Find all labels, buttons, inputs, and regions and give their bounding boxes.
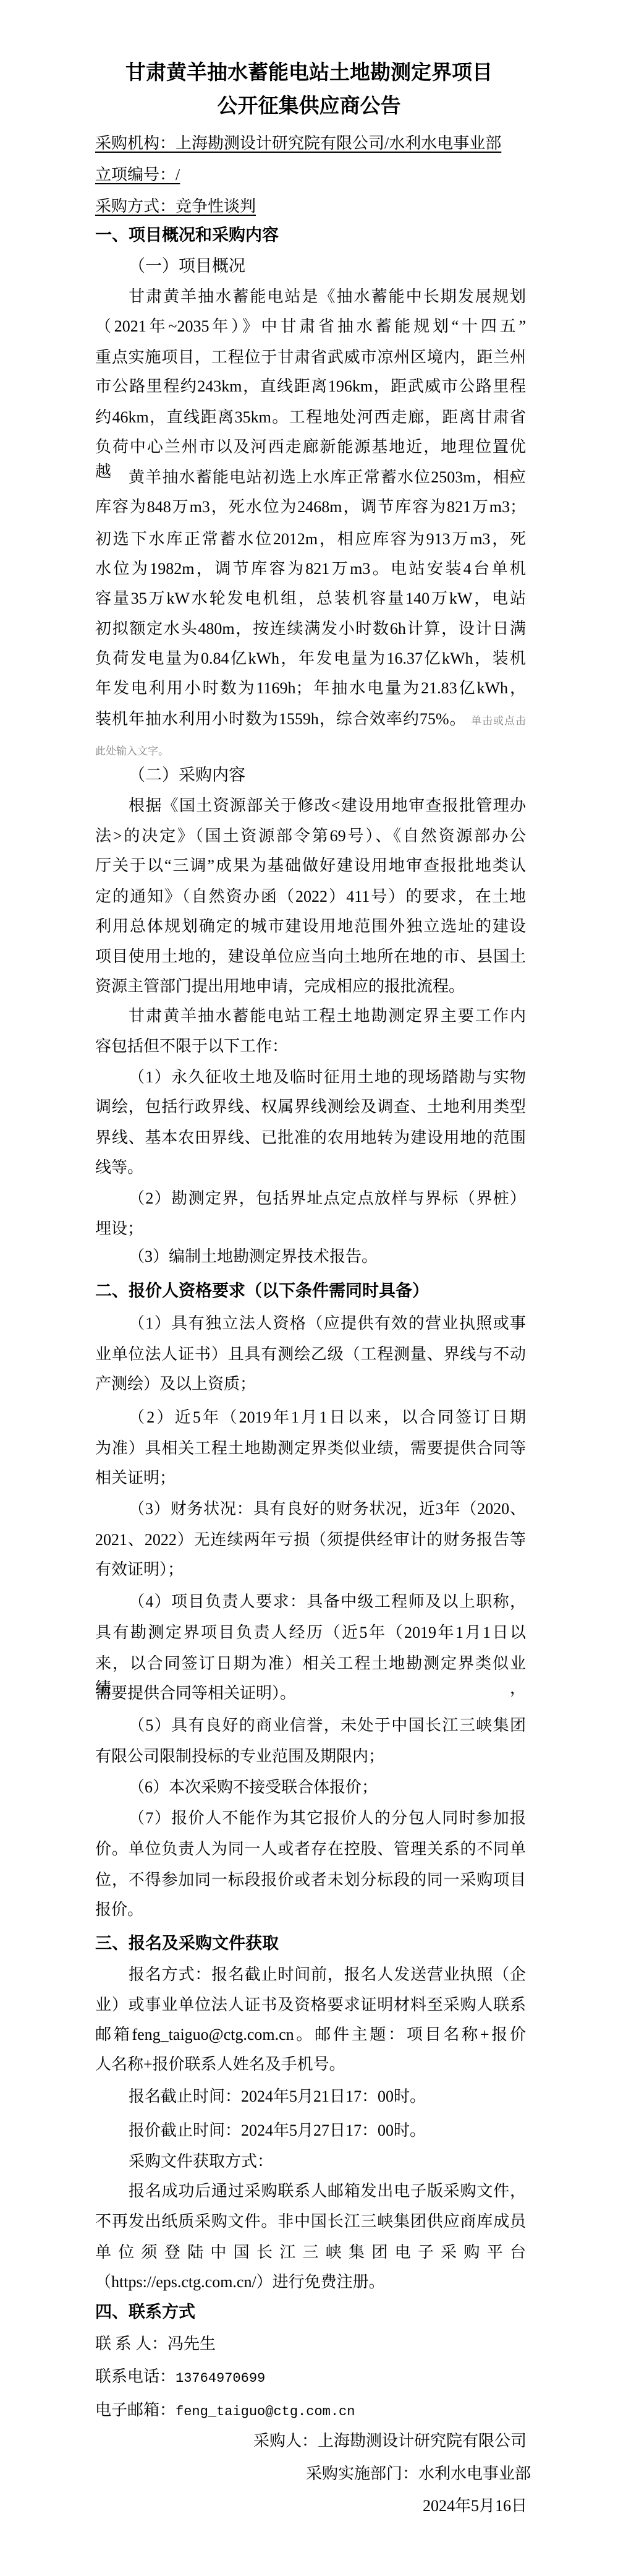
paragraph-line: 2021、2022）无连续两年亏损（须提供经审计的财务报告等: [95, 1528, 526, 1552]
paragraph-line: 装机年抽水利用小时数为1559h，综合效率约75%。 单击或点击: [95, 707, 526, 732]
project-number-value: /: [176, 166, 180, 184]
paragraph-line: 负荷中心兰州市以及河西走廊新能源基地近，地理位置优越。: [95, 435, 526, 460]
paragraph-line: （5）具有良好的商业信誉，未处于中国长江三峡集团: [129, 1713, 526, 1738]
paragraph-line: 约46km，直线距离35km。工程地处河西走廊，距离甘肃省: [95, 405, 526, 430]
paragraph-line: 甘肃黄羊抽水蓄能电站工程土地勘测定界主要工作内: [129, 1004, 526, 1029]
paragraph-line: （1）永久征收土地及临时征用土地的现场踏勘与实物: [129, 1065, 526, 1090]
paragraph-line: （3）编制土地勘测定界技术报告。: [129, 1244, 378, 1269]
paragraph-line: 甘肃黄羊抽水蓄能电站是《抽水蓄能中长期发展规划: [129, 285, 526, 309]
contact-email-label: 电子邮箱：: [95, 2401, 176, 2419]
placeholder-text-field[interactable]: 单击或点击: [471, 715, 526, 727]
contact-email: 电子邮箱：feng_taiguo@ctg.com.cn: [95, 2398, 355, 2423]
paragraph-line: 需要提供合同等相关证明）。: [95, 1681, 296, 1706]
paragraph-line: 定的通知》（自然资办函（2022）411号）的要求，在土地: [95, 884, 526, 909]
paragraph-line: 为准）具相关工程土地勘测定界类似业绩，需要提供合同等: [95, 1436, 526, 1461]
paragraph-line: 初选下水库正常蓄水位2012m，相应库容为913万m3，死: [95, 527, 526, 552]
paragraph-line: 根据《国土资源部关于修改<建设用地审查报批管理办: [129, 794, 526, 818]
paragraph-line: 相关证明；: [95, 1466, 176, 1491]
paragraph-line: 调绘，包括行政界线、权属界线测绘及调查、土地利用类型: [95, 1095, 526, 1119]
paragraph-line: 邮箱feng_taiguo@ctg.com.cn。邮件主题：项目名称+报价: [95, 2022, 526, 2047]
paragraph-line: 有限公司限制投标的专业范围及期限内；: [95, 1744, 384, 1769]
paragraph-line: 容量35万kW水轮发电机组，总装机容量140万kW，电站: [95, 586, 526, 611]
paragraph-line: 年发电利用小时数为1169h；年抽水电量为21.83亿kWh，: [95, 676, 526, 701]
paragraph-line: 单位须登陆中国长江三峡集团电子采购平台: [95, 2240, 526, 2265]
paragraph-line: （4）项目负责人要求：具备中级工程师及以上职称，: [129, 1590, 526, 1614]
signature-purchaser: 采购人：上海勘测设计研究院有限公司: [253, 2429, 527, 2454]
paragraph-line: 有效证明）；: [95, 1557, 184, 1582]
paragraph-line: 初拟额定水头480m，按连续满发小时数6h计算，设计日满: [95, 617, 526, 641]
subsection-overview-heading: （一）项目概况: [129, 254, 245, 278]
purchasing-agency-label: 采购机构：: [95, 134, 176, 152]
paragraph-line: 利用总体规划确定的城市建设用地范围外独立选址的建设: [95, 914, 526, 939]
contact-phone-label: 联系电话：: [95, 2368, 176, 2386]
paragraph-line: （3）财务状况：具有良好的财务状况，近3年（2020、: [129, 1497, 526, 1521]
signature-department: 采购实施部门：水利水电事业部: [306, 2462, 531, 2486]
signature-date: 2024年5月16日: [423, 2494, 527, 2518]
quotation-deadline: 报价截止时间：2024年5月27日17：00时。: [129, 2118, 426, 2143]
subsection-content-heading: （二）采购内容: [129, 763, 245, 787]
contact-phone: 联系电话：13764970699: [95, 2364, 265, 2389]
section-3-heading: 三、报名及采购文件获取: [95, 1931, 279, 1956]
paragraph-line: 人名称+报价联系人姓名及手机号。: [95, 2052, 345, 2077]
section-2-heading: 二、报价人资格要求（以下条件需同时具备）: [95, 1278, 429, 1303]
placeholder-text-field-continued[interactable]: 此处输入文字。: [95, 737, 169, 762]
paragraph-line: 水位为1982m，调节库容为821万m3。电站安装4台单机: [95, 557, 526, 581]
paragraph-line: （https://eps.ctg.com.cn/）进行免费注册。: [95, 2270, 385, 2295]
paragraph-line: 厅关于以“三调”成果为基础做好建设用地审查报批地类认: [95, 854, 526, 878]
section-4-heading: 四、联系方式: [95, 2300, 195, 2324]
contact-person: 联 系 人：冯先生: [95, 2332, 216, 2356]
line-text: 装机年抽水利用小时数为1559h，综合效率约75%。: [95, 710, 467, 728]
paragraph-line: 库容为848万m3，死水位为2468m，调节库容为821万m3；: [95, 495, 526, 520]
paragraph-line: 线等。: [95, 1155, 143, 1180]
contact-person-label: 联 系 人：: [95, 2335, 167, 2353]
paragraph-line: 黄羊抽水蓄能电站初选上水库正常蓄水位2503m，相应: [129, 465, 526, 490]
paragraph-line: 界线、基本农田界线、已批准的农用地转为建设用地的范围: [95, 1126, 526, 1150]
section-1-heading: 一、项目概况和采购内容: [95, 223, 279, 247]
placeholder-text[interactable]: 此处输入文字。: [95, 745, 169, 757]
document-page: 甘肃黄羊抽水蓄能电站土地勘测定界项目 公开征集供应商公告 采购机构：上海勘测设计…: [0, 0, 618, 2576]
paragraph-line: 价。单位负责人为同一人或者存在控股、管理关系的不同单: [95, 1837, 526, 1862]
paragraph-line: （2）勘测定界，包括界址点定点放样与界标（界桩）: [129, 1186, 526, 1211]
purchasing-agency-value: 上海勘测设计研究院有限公司/水利水电事业部: [176, 134, 501, 152]
paragraph-line: 具有勘测定界项目负责人经历（近5年（2019年1月1日以: [95, 1620, 526, 1645]
paragraph-line: 法>的决定》（国土资源部令第69号）、《自然资源部办公: [95, 824, 526, 849]
paragraph-line: 业单位法人证书）且具有测绘乙级（工程测量、界线与不动: [95, 1342, 526, 1367]
document-acquisition-label: 采购文件获取方式：: [129, 2149, 273, 2174]
paragraph-line: 不再发出纸质采购文件。非中国长江三峡集团供应商库成员: [95, 2209, 526, 2234]
paragraph-line: 容包括但不限于以下工作：: [95, 1034, 288, 1059]
paragraph-line: 市公路里程约243km，直线距离196km，距武威市公路里程: [95, 374, 526, 399]
paragraph-line: 重点实施项目，工程位于甘肃省武威市凉州区境内，距兰州: [95, 345, 526, 370]
paragraph-line: 资源主管部门提出用地申请，完成相应的报批流程。: [95, 974, 465, 999]
procurement-method-value: 竞争性谈判: [176, 197, 256, 215]
document-title-line-1: 甘肃黄羊抽水蓄能电站土地勘测定界项目: [0, 59, 618, 87]
paragraph-line: 报价。: [95, 1898, 143, 1922]
registration-deadline: 报名截止时间：2024年5月21日17：00时。: [129, 2084, 426, 2109]
document-title-line-2: 公开征集供应商公告: [0, 93, 618, 120]
paragraph-line: （1）具有独立法人资格（应提供有效的营业执照或事: [129, 1311, 526, 1336]
paragraph-line: （2021年~2035年）》中甘肃省抽水蓄能规划“十四五”: [95, 314, 526, 339]
contact-email-value: feng_taiguo@ctg.com.cn: [176, 2404, 355, 2420]
paragraph-line: （2）近5年（2019年1月1日以来，以合同签订日期: [129, 1405, 526, 1430]
contact-phone-value: 13764970699: [176, 2371, 265, 2386]
paragraph-line: 位，不得参加同一标段报价或者未划分标段的同一采购项目: [95, 1868, 526, 1893]
paragraph-line: 报名方式：报名截止时间前，报名人发送营业执照（企: [129, 1962, 526, 1987]
paragraph-line: 来，以合同签订日期为准）相关工程土地勘测定界类似业绩，: [95, 1651, 526, 1676]
purchasing-agency: 采购机构：上海勘测设计研究院有限公司/水利水电事业部: [95, 131, 501, 156]
paragraph-line: 埋设；: [95, 1217, 143, 1241]
procurement-method-label: 采购方式：: [95, 197, 176, 215]
contact-person-value: 冯先生: [167, 2335, 216, 2353]
paragraph-line: （7）报价人不能作为其它报价人的分包人同时参加报: [129, 1806, 526, 1831]
project-number: 立项编号：/: [95, 163, 180, 187]
paragraph-line: 产测绘）及以上资质；: [95, 1372, 256, 1397]
paragraph-line: 业）或事业单位法人证书及资格要求证明材料至采购人联系: [95, 1993, 526, 2018]
paragraph-line: 负荷发电量为0.84亿kWh，年发电量为16.37亿kWh，装机: [95, 646, 526, 671]
project-number-label: 立项编号：: [95, 166, 176, 184]
paragraph-line: 项目使用土地的，建设单位应当向土地所在地的市、县国土: [95, 944, 526, 969]
paragraph-line: 报名成功后通过采购联系人邮箱发出电子版采购文件，: [129, 2179, 526, 2204]
paragraph-line: （6）本次采购不接受联合体报价；: [129, 1775, 378, 1800]
procurement-method: 采购方式：竞争性谈判: [95, 194, 256, 219]
